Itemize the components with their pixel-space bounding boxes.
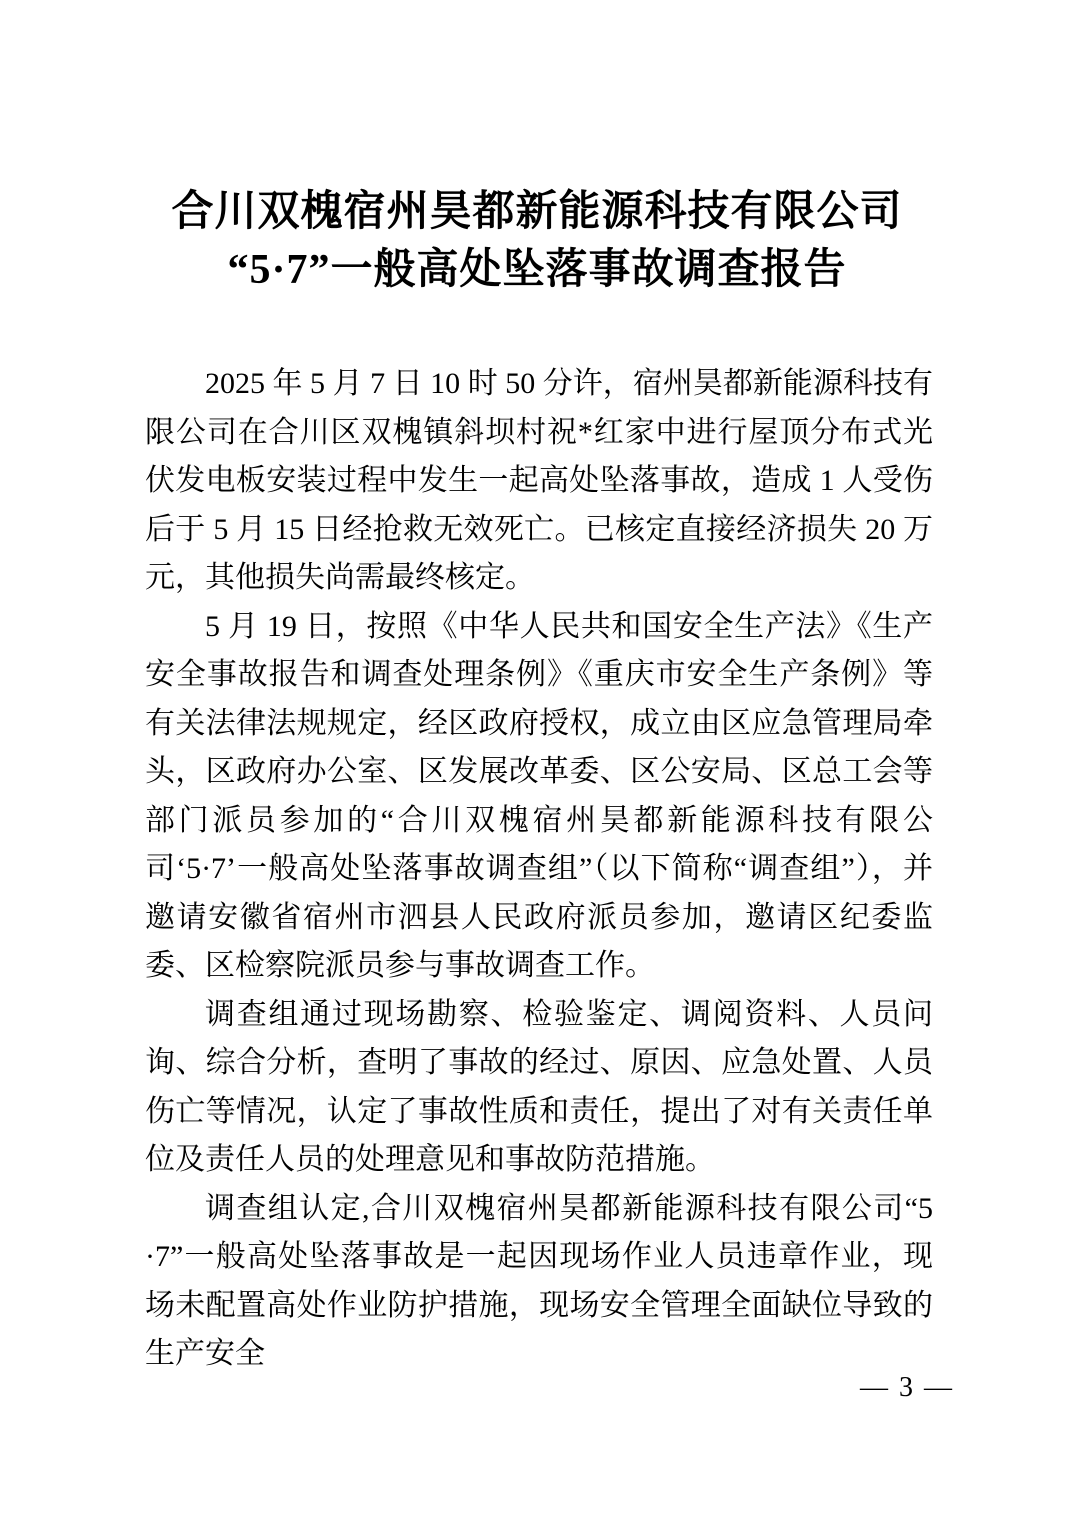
- document-title: 合川双槐宿州昊都新能源科技有限公司 “5·7”一般高处坠落事故调查报告: [0, 183, 1074, 299]
- document-title-line1: 合川双槐宿州昊都新能源科技有限公司: [0, 183, 1074, 241]
- paragraph-incident-summary: 2025 年 5 月 7 日 10 时 50 分许，宿州昊都新能源科技有限公司在…: [145, 360, 933, 603]
- paragraph-investigation-method: 调查组通过现场勘察、检验鉴定、调阅资料、人员问询、综合分析，查明了事故的经过、原…: [145, 991, 933, 1185]
- document-page: 合川双槐宿州昊都新能源科技有限公司 “5·7”一般高处坠落事故调查报告 2025…: [0, 0, 1074, 1520]
- paragraph-conclusion: 调查组认定,合川双槐宿州昊都新能源科技有限公司“5 ·7”一般高处坠落事故是一起…: [145, 1185, 933, 1379]
- paragraph-investigation-team: 5 月 19 日，按照《中华人民共和国安全生产法》《生产安全事故报告和调查处理条…: [145, 603, 933, 991]
- document-title-line2: “5·7”一般高处坠落事故调查报告: [0, 241, 1074, 299]
- document-body: 2025 年 5 月 7 日 10 时 50 分许，宿州昊都新能源科技有限公司在…: [145, 360, 933, 1379]
- page-number: — 3 —: [860, 1372, 954, 1404]
